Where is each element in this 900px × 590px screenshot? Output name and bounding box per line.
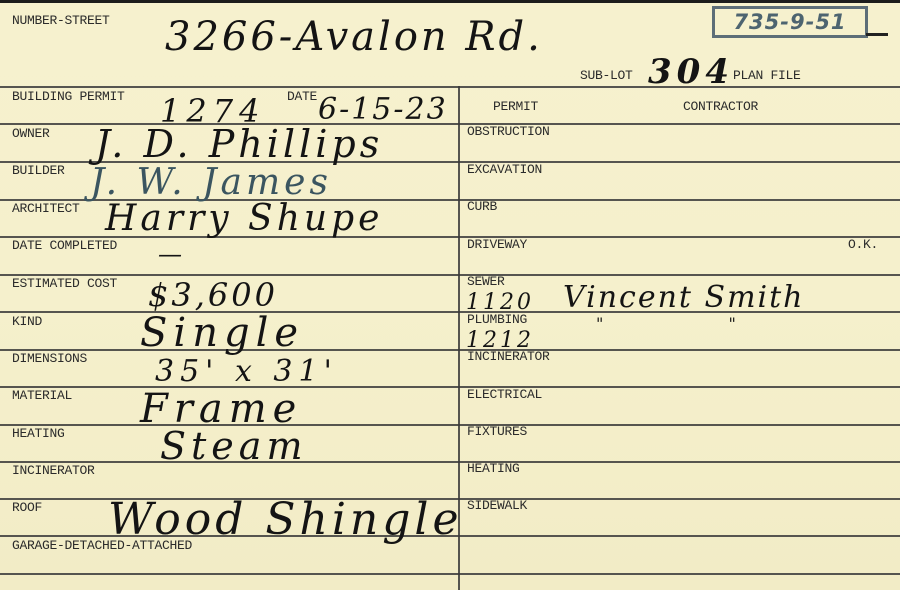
permit-fixtures: FIXTURES [467,424,527,439]
dimensions-value: 35' x 31' [155,354,338,389]
roof-label: ROOF [12,500,42,515]
heating-value: Steam [160,424,307,468]
architect-label: ARCHITECT [12,201,80,216]
sewer-contractor: Vincent Smith [563,280,805,315]
permit-sewer: SEWER [467,274,505,289]
number-street-label: NUMBER-STREET [12,13,110,28]
contractor-column-header: CONTRACTOR [683,99,758,114]
estimated-cost-label: ESTIMATED COST [12,276,117,291]
permit-plumbing: PLUMBING [467,312,527,327]
building-permit-card: NUMBER-STREET 3266-Avalon Rd. 735-9-51 S… [0,0,900,590]
file-stamp: 735-9-51 [712,6,868,38]
number-street-value: 3266-Avalon Rd. [165,14,543,60]
permit-excavation: EXCAVATION [467,162,542,177]
permit-obstruction: OBSTRUCTION [467,124,550,139]
permit-driveway: DRIVEWAY [467,237,527,252]
heating-label: HEATING [12,426,65,441]
material-label: MATERIAL [12,388,72,403]
estimated-cost-value: $3,600 [148,276,278,314]
architect-value: Harry Shupe [105,198,383,239]
rule [0,573,900,575]
stamp-underline [866,33,888,36]
kind-label: KIND [12,314,42,329]
dimensions-label: DIMENSIONS [12,351,87,366]
rule [0,424,900,426]
permit-curb: CURB [467,199,497,214]
plumbing-contractor-ditto: " " [596,314,796,333]
builder-label: BUILDER [12,163,65,178]
builder-value: J. W. James [90,162,332,203]
incinerator-label: INCINERATOR [12,463,95,478]
driveway-status: O.K. [848,237,878,252]
date-completed-label: DATE COMPLETED [12,238,117,253]
rule [0,461,900,463]
owner-value: J. D. Phillips [95,122,383,166]
building-permit-label: BUILDING PERMIT [12,89,125,104]
permit-heating: HEATING [467,461,520,476]
rule [0,386,900,388]
rule [0,274,900,276]
rule [0,349,900,351]
permit-incinerator: INCINERATOR [467,349,550,364]
garage-label: GARAGE-DETACHED-ATTACHED [12,538,192,553]
plan-file-label: PLAN FILE [733,68,801,83]
date-completed-value: — [158,240,182,268]
sub-lot-label: SUB-LOT [580,68,633,83]
permit-sidewalk: SIDEWALK [467,498,527,513]
kind-value: Single [140,310,304,356]
owner-label: OWNER [12,126,50,141]
permit-column-header: PERMIT [493,99,538,114]
card-top-edge [0,0,900,3]
permit-electrical: ELECTRICAL [467,387,542,402]
date-label: DATE [287,89,317,104]
rule [0,86,900,88]
